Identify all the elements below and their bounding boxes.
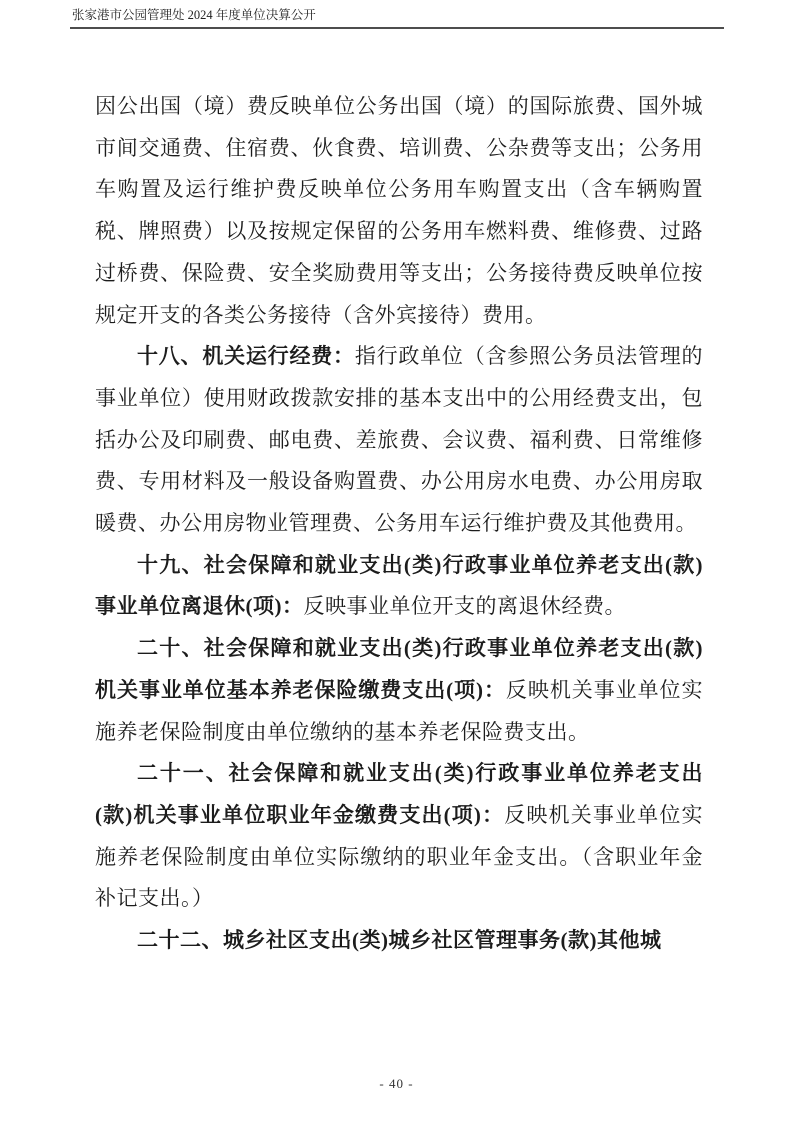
page: { "page": { "header": { "title": "张家港市公园…: [0, 0, 793, 1122]
footer: - 40 -: [0, 1076, 793, 1092]
header-title: 张家港市公园管理处 2024 年度单位决算公开: [70, 8, 724, 22]
paragraph-lead-bold: 二十二、城乡社区支出(类)城乡社区管理事务(款)其他城: [137, 928, 661, 952]
paragraph-lead-bold: 十八、机关运行经费：: [137, 344, 355, 368]
paragraph-text: 因公出国（境）费反映单位公务出国（境）的国际旅费、国外城市间交通费、住宿费、伙食…: [95, 94, 703, 327]
paragraph-text: 指行政单位（含参照公务员法管理的事业单位）使用财政拨款安排的基本支出中的公用经费…: [95, 344, 703, 535]
page-number: - 40 -: [379, 1076, 413, 1091]
paragraph-text: 反映事业单位开支的离退休经费。: [304, 594, 627, 618]
paragraph-item-19: 十九、社会保障和就业支出(类)行政事业单位养老支出(款)事业单位离退休(项)：反…: [95, 545, 703, 628]
paragraph-item-20: 二十、社会保障和就业支出(类)行政事业单位养老支出(款)机关事业单位基本养老保险…: [95, 628, 703, 753]
paragraph-item-21: 二十一、社会保障和就业支出(类)行政事业单位养老支出(款)机关事业单位职业年金缴…: [95, 753, 703, 920]
paragraph-item-22: 二十二、城乡社区支出(类)城乡社区管理事务(款)其他城: [95, 920, 703, 962]
document-body: 因公出国（境）费反映单位公务出国（境）的国际旅费、国外城市间交通费、住宿费、伙食…: [95, 86, 703, 962]
paragraph-item-18: 十八、机关运行经费：指行政单位（含参照公务员法管理的事业单位）使用财政拨款安排的…: [95, 336, 703, 545]
paragraph-continuation: 因公出国（境）费反映单位公务出国（境）的国际旅费、国外城市间交通费、住宿费、伙食…: [95, 86, 703, 336]
page-header: 张家港市公园管理处 2024 年度单位决算公开: [70, 8, 724, 29]
